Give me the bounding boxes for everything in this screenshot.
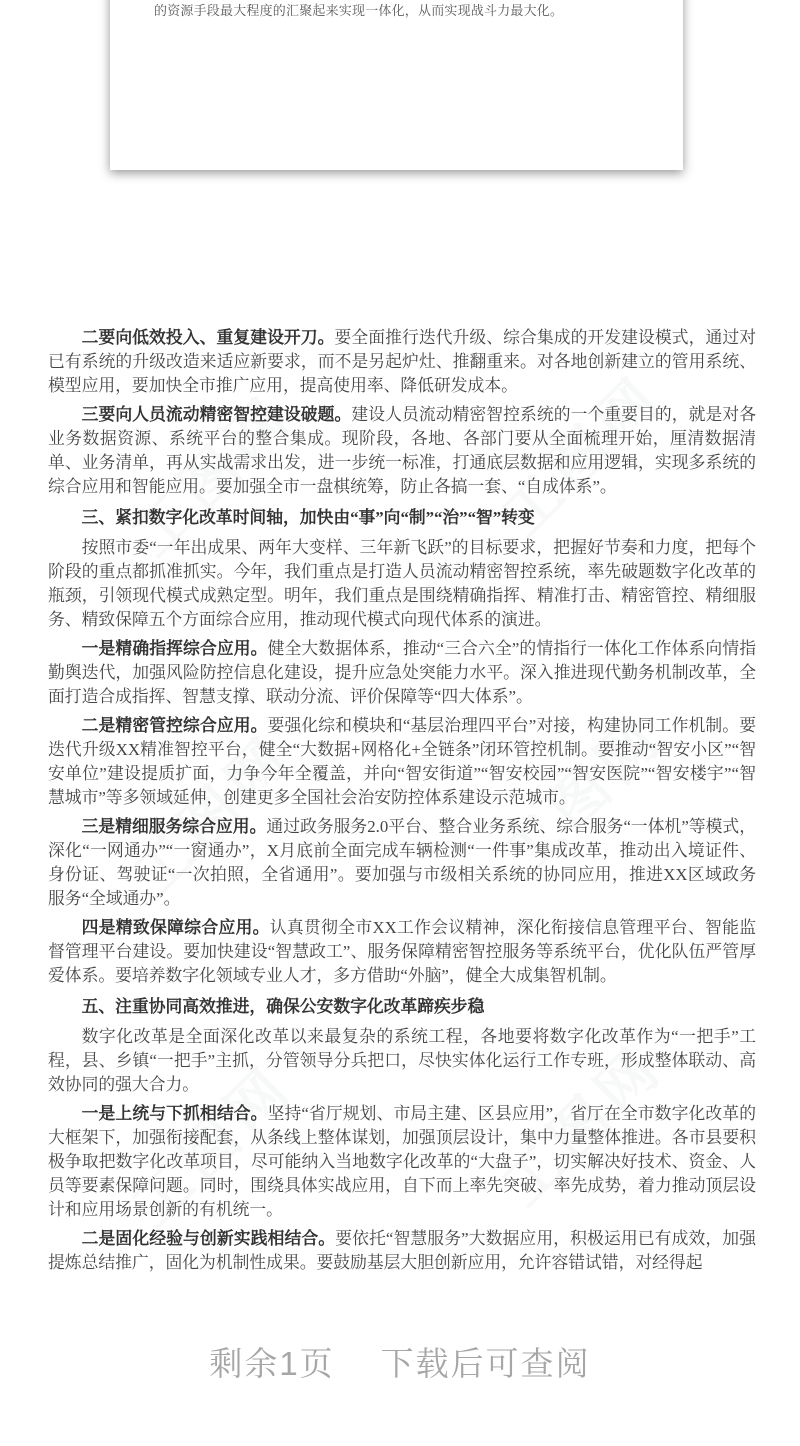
document-paragraph: 四是精致保障综合应用。认真贯彻全市XX工作会议精神，深化衔接信息管理平台、智能监… <box>48 916 756 988</box>
page-preview-card: 的资源手段最大程度的汇聚起来实现一体化，从而实现战斗力最大化。 <box>110 0 683 170</box>
document-body: 二要向低效投入、重复建设开刀。要全面推行迭代升级、综合集成的开发建设模式，通过对… <box>48 326 756 1280</box>
paragraph-lead: 二要向低效投入、重复建设开刀。 <box>82 328 335 347</box>
document-paragraph: 二是精密管控综合应用。要强化综和模块和“基层治理四平台”对接，构建协同工作机制。… <box>48 714 756 810</box>
paragraph-text: 按照市委“一年出成果、两年大变样、三年新飞跃”的目标要求，把握好节奏和力度，把每… <box>48 538 756 629</box>
document-paragraph: 按照市委“一年出成果、两年大变样、三年新飞跃”的目标要求，把握好节奏和力度，把每… <box>48 536 756 632</box>
paragraph-lead: 三要向人员流动精密智控建设破题。 <box>82 405 352 424</box>
remaining-pages-prompt: 剩余1页 下载后可查阅 <box>0 1338 800 1385</box>
section-heading: 三、紧扣数字化改革时间轴，加快由“事”向“制”“治”“智”转变 <box>48 506 756 530</box>
paragraph-lead: 三是精细服务综合应用。 <box>82 817 267 836</box>
document-paragraph: 二是固化经验与创新实践相结合。要依托“智慧服务”大数据应用，积极运用已有成效，加… <box>48 1227 756 1275</box>
document-paragraph: 三是精细服务综合应用。通过政务服务2.0平台、整合业务系统、综合服务“一体机”等… <box>48 815 756 911</box>
paragraph-lead: 二是精密管控综合应用。 <box>82 716 268 735</box>
paragraph-lead: 一是精确指挥综合应用。 <box>82 639 268 658</box>
document-paragraph: 一是上统与下抓相结合。坚持“省厅规划、市局主建、区县应用”，省厅在全市数字化改革… <box>48 1102 756 1222</box>
download-to-view-text: 下载后可查阅 <box>381 1338 591 1385</box>
paragraph-lead: 四是精致保障综合应用。 <box>82 918 270 937</box>
section-heading: 五、注重协同高效推进，确保公安数字化改革蹄疾步稳 <box>48 995 756 1019</box>
paragraph-text: 数字化改革是全面深化改革以来最复杂的系统工程，各地要将数字化改革作为“一把手”工… <box>48 1027 756 1094</box>
document-paragraph: 二要向低效投入、重复建设开刀。要全面推行迭代升级、综合集成的开发建设模式，通过对… <box>48 326 756 398</box>
remaining-pages-text: 剩余1页 <box>209 1338 334 1385</box>
preview-card-text: 的资源手段最大程度的汇聚起来实现一体化，从而实现战斗力最大化。 <box>154 2 654 20</box>
document-paragraph: 一是精确指挥综合应用。健全大数据体系，推动“三合六全”的情指行一体化工作体系向情… <box>48 637 756 709</box>
paragraph-lead: 二是固化经验与创新实践相结合。 <box>82 1229 336 1248</box>
document-paragraph: 数字化改革是全面深化改革以来最复杂的系统工程，各地要将数字化改革作为“一把手”工… <box>48 1025 756 1097</box>
paragraph-lead: 一是上统与下抓相结合。 <box>82 1104 268 1123</box>
document-paragraph: 三要向人员流动精密智控建设破题。建设人员流动精密智控系统的一个重要目的，就是对各… <box>48 403 756 499</box>
